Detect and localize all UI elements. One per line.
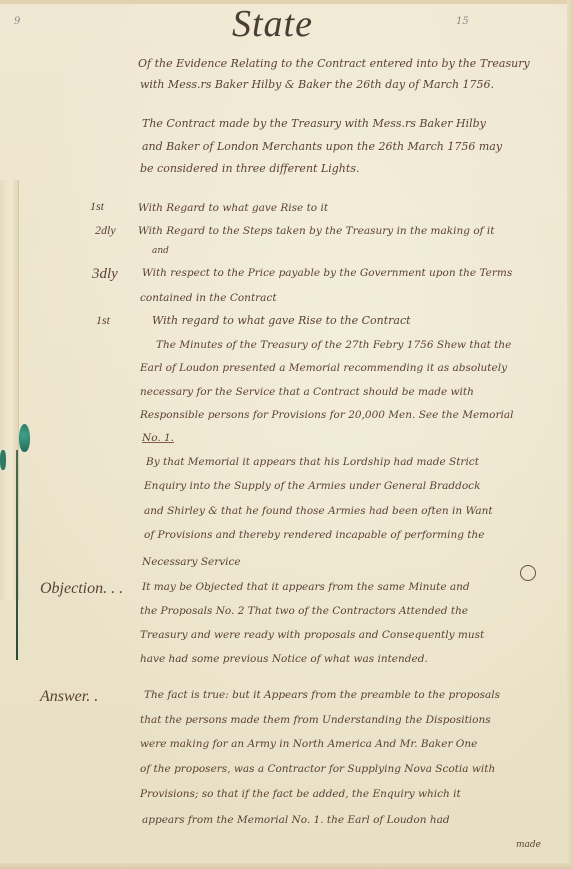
para2-line-4: of Provisions and thereby rendered incap…	[144, 528, 484, 542]
light-3-cont: contained in the Contract	[140, 291, 277, 305]
para2-line-1: By that Memorial it appears that his Lor…	[146, 455, 479, 469]
ordinal-2dly: 2dly	[95, 223, 116, 238]
intro-line-3: be considered in three different Lights.	[140, 162, 359, 176]
para1-line-2: Earl of Loudon presented a Memorial reco…	[140, 361, 507, 375]
para1-line-3: necessary for the Service that a Contrac…	[140, 385, 474, 399]
para1-line-5: No. 1.	[142, 431, 174, 445]
light-1: With Regard to what gave Rise to it	[138, 201, 328, 215]
objection-line-4: have had some previous Notice of what wa…	[140, 652, 428, 666]
manuscript-page: 9 15 State Of the Evidence Relating to t…	[0, 0, 573, 869]
answer-line-4: of the proposers, was a Contractor for S…	[140, 762, 495, 776]
catchword: made	[516, 838, 541, 852]
intro-line-2: and Baker of London Merchants upon the 2…	[142, 140, 502, 154]
para2-line-5: Necessary Service	[142, 555, 241, 569]
document-title: State	[232, 2, 313, 46]
answer-label: Answer. .	[40, 688, 98, 706]
para1-line-1: The Minutes of the Treasury of the 27th …	[156, 338, 511, 352]
heading-line-1: Of the Evidence Relating to the Contract…	[138, 57, 530, 71]
binding-thread-end	[0, 450, 6, 470]
intro-line-1: The Contract made by the Treasury with M…	[142, 117, 486, 131]
binding-thread-line	[16, 450, 18, 660]
ordinal-1st: 1st	[90, 199, 104, 214]
section-heading: With regard to what gave Rise to the Con…	[152, 314, 411, 328]
page-right-edge	[567, 0, 573, 869]
heading-line-2: with Mess.rs Baker Hilby & Baker the 26t…	[140, 78, 494, 92]
objection-line-2: the Proposals No. 2 That two of the Cont…	[140, 604, 468, 618]
light-and: and	[152, 244, 169, 258]
answer-line-3: were making for an Army in North America…	[140, 737, 477, 751]
objection-line-1: It may be Objected that it appears from …	[142, 580, 470, 594]
page-bottom-edge	[0, 863, 573, 869]
answer-line-5: Provisions; so that if the fact be added…	[140, 787, 461, 801]
objection-label: Objection. . .	[40, 580, 123, 598]
objection-line-3: Treasury and were ready with proposals a…	[140, 628, 484, 642]
section-ordinal-1st: 1st	[96, 313, 110, 328]
para2-line-2: Enquiry into the Supply of the Armies un…	[144, 479, 480, 493]
answer-line-6: appears from the Memorial No. 1. the Ear…	[142, 813, 450, 827]
circled-mark	[520, 565, 536, 581]
light-3: With respect to the Price payable by the…	[142, 266, 512, 280]
folio-number-left: 9	[14, 16, 20, 27]
para2-line-3: and Shirley & that he found those Armies…	[144, 504, 493, 518]
binding-thread-knot	[19, 424, 30, 452]
answer-line-2: that the persons made them from Understa…	[140, 713, 491, 727]
light-2: With Regard to the Steps taken by the Tr…	[138, 224, 494, 238]
answer-line-1: The fact is true: but it Appears from th…	[144, 688, 500, 702]
ordinal-3dly: 3dly	[92, 266, 118, 283]
para1-line-4: Responsible persons for Provisions for 2…	[140, 408, 513, 422]
folio-number-right: 15	[456, 16, 469, 27]
